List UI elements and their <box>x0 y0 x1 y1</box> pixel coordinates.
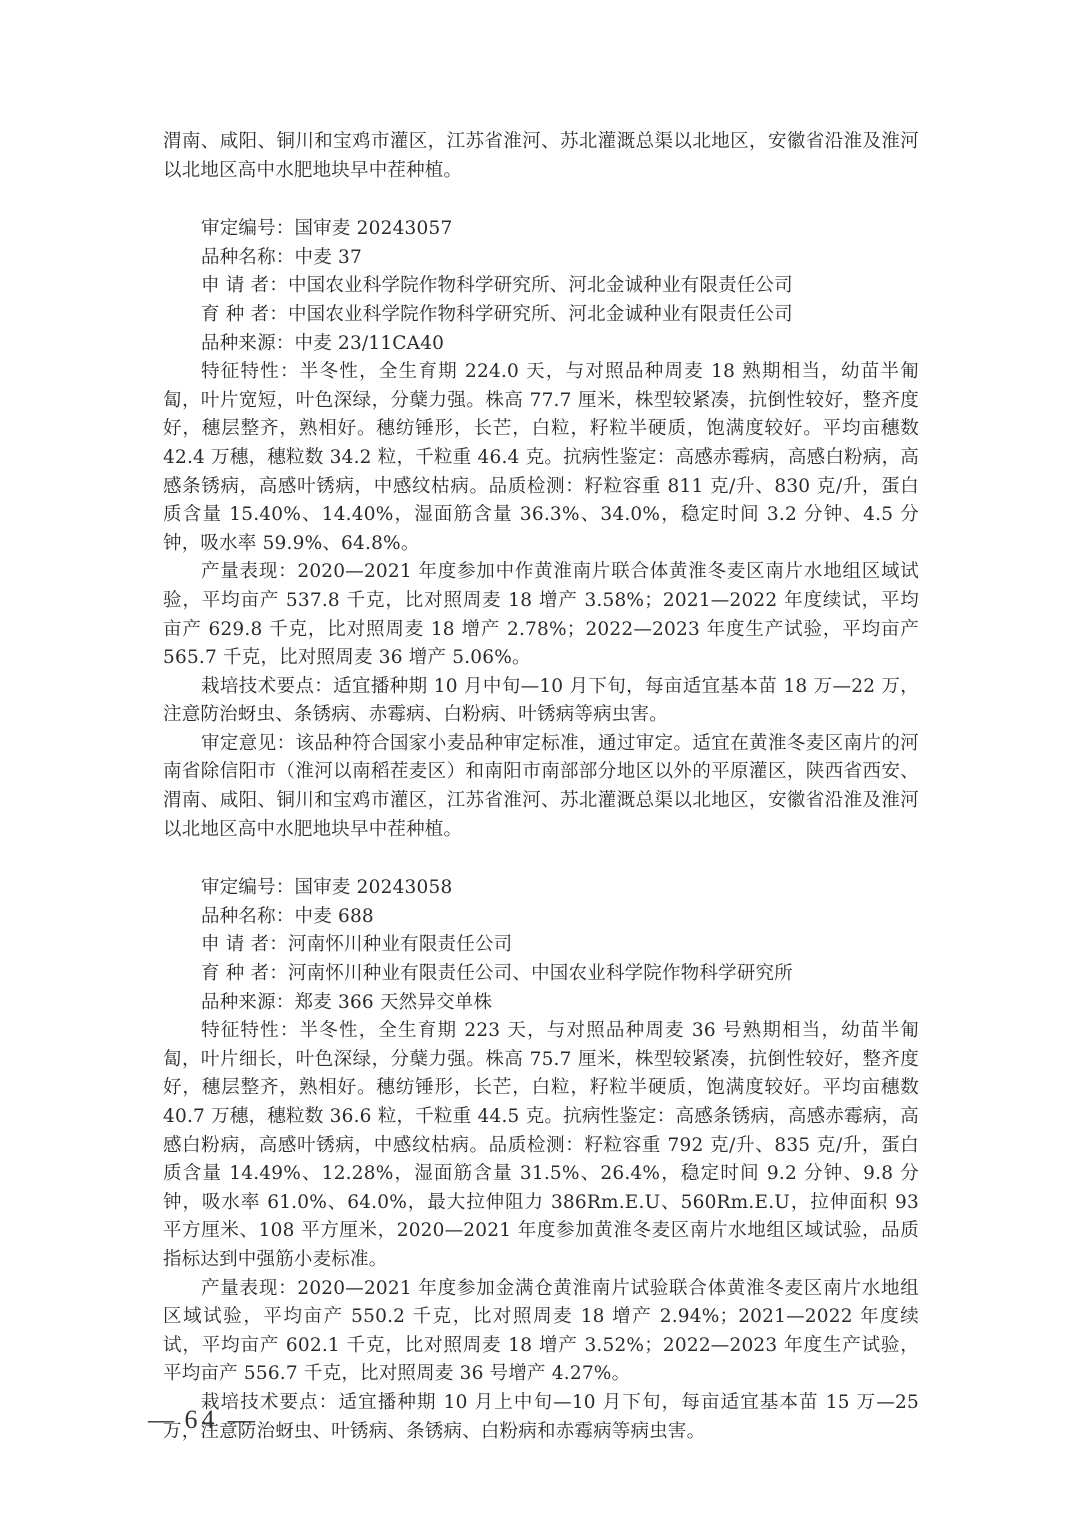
approval-number: 审定编号：国审麦 20243057 <box>163 215 919 244</box>
variety-name: 品种名称：中麦 37 <box>163 244 919 273</box>
characteristics-paragraph: 特征特性：半冬性，全生育期 223 天，与对照品种周麦 36 号熟期相当，幼苗半… <box>163 1017 919 1274</box>
breeder: 育 种 者：河南怀川种业有限责任公司、中国农业科学院作物科学研究所 <box>163 960 919 989</box>
applicant: 申 请 者：河南怀川种业有限责任公司 <box>163 931 919 960</box>
footer-dash-left: — <box>148 1405 174 1434</box>
variety-entry-zhongmai-688: 审定编号：国审麦 20243058 品种名称：中麦 688 申 请 者：河南怀川… <box>163 874 919 1446</box>
yield-paragraph: 产量表现：2020—2021 年度参加金满仓黄淮南片试验联合体黄淮冬麦区南片水地… <box>163 1275 919 1389</box>
variety-name: 品种名称：中麦 688 <box>163 903 919 932</box>
approval-opinion-paragraph: 审定意见：该品种符合国家小麦品种审定标准，通过审定。适宜在黄淮冬麦区南片的河南省… <box>163 730 919 844</box>
approval-number: 审定编号：国审麦 20243058 <box>163 874 919 903</box>
page-number: 64 <box>185 1405 219 1434</box>
applicant: 申 请 者：中国农业科学院作物科学研究所、河北金诚种业有限责任公司 <box>163 272 919 301</box>
footer-dash-right: — <box>229 1405 255 1434</box>
breeder: 育 种 者：中国农业科学院作物科学研究所、河北金诚种业有限责任公司 <box>163 301 919 330</box>
page-footer: — 64 — <box>148 1405 255 1435</box>
cultivation-paragraph: 栽培技术要点：适宜播种期 10 月上中旬—10 月下旬，每亩适宜基本苗 15 万… <box>163 1389 919 1446</box>
cultivation-paragraph: 栽培技术要点：适宜播种期 10 月中旬—10 月下旬，每亩适宜基本苗 18 万—… <box>163 673 919 730</box>
variety-source: 品种来源：郑麦 366 天然异交单株 <box>163 989 919 1018</box>
variety-entry-zhongmai-37: 审定编号：国审麦 20243057 品种名称：中麦 37 申 请 者：中国农业科… <box>163 215 919 844</box>
yield-paragraph: 产量表现：2020—2021 年度参加中作黄淮南片联合体黄淮冬麦区南片水地组区域… <box>163 558 919 672</box>
variety-source: 品种来源：中麦 23/11CA40 <box>163 330 919 359</box>
characteristics-paragraph: 特征特性：半冬性，全生育期 224.0 天，与对照品种周麦 18 熟期相当，幼苗… <box>163 358 919 558</box>
section-gap <box>163 844 919 874</box>
continuation-paragraph: 渭南、咸阳、铜川和宝鸡市灌区，江苏省淮河、苏北灌溉总渠以北地区，安徽省沿淮及淮河… <box>163 128 919 185</box>
section-gap <box>163 185 919 215</box>
document-page: 渭南、咸阳、铜川和宝鸡市灌区，江苏省淮河、苏北灌溉总渠以北地区，安徽省沿淮及淮河… <box>163 128 919 1446</box>
